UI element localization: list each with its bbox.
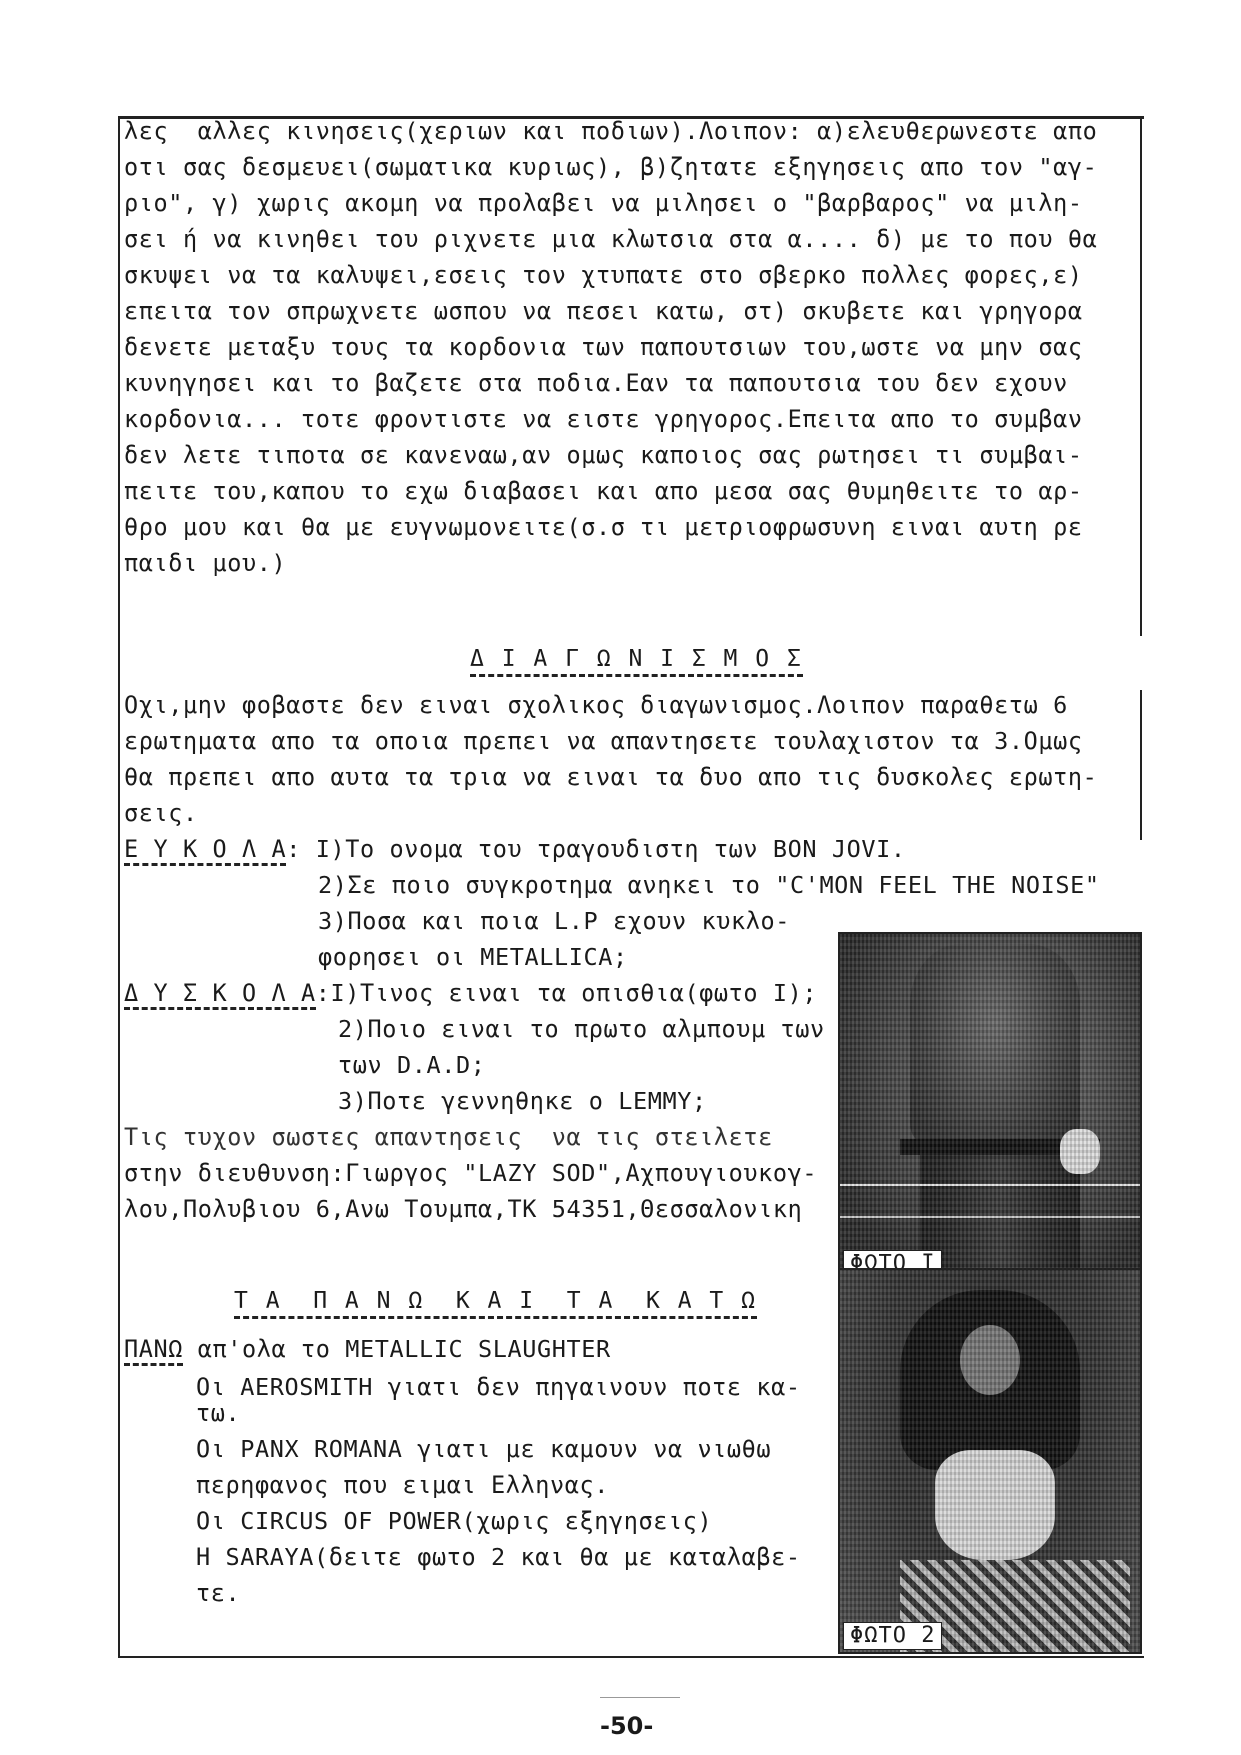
page-number: -50- [600, 1712, 653, 1740]
photo-texture [840, 1270, 1140, 1652]
text-line: δενετε μεταξυ τους τα κορδονια των παπου… [124, 332, 1083, 362]
hard-question-1: :I)Τινος ειναι τα οπισθια(φωτο I); [316, 979, 817, 1007]
photo-2 [838, 1268, 1142, 1654]
easy-question-2: 2)Σε ποιο συγκροτημα ανηκει το "C'MON FE… [318, 870, 1100, 900]
photo-texture [840, 934, 1140, 1282]
list-item: τε. [196, 1578, 240, 1608]
contest-heading: Δ Ι Α Γ Ω Ν Ι Σ Μ Ο Σ [470, 646, 803, 677]
easy-label: Ε Υ Κ Ο Λ Α [124, 835, 286, 866]
hard-question-2-cont: των D.A.D; [338, 1050, 485, 1080]
list-item: Οι CIRCUS OF POWER(χωρις εξηγησεις) [196, 1506, 712, 1536]
address-line: στην διευθυνση:Γιωργος "LAZY SOD",Αχπουγ… [124, 1158, 817, 1188]
tops-first-entry: απ'ολα το METALLIC SLAUGHTER [183, 1335, 611, 1363]
photo-2-caption: ΦΩΤΟ 2 [843, 1622, 942, 1650]
address-line: λου,Πολυβιου 6,Ανω Τουμπα,ΤΚ 54351,Θεσσα… [124, 1194, 802, 1224]
text-line: θρο μου και θα με ευγνωμονειτε(σ.σ τι με… [124, 512, 1083, 542]
text-line: λες αλλες κινησεις(χεριων και ποδιων).Λο… [124, 116, 1097, 146]
text-line: ριο", γ) χωρις ακομη να προλαβει να μιλη… [124, 188, 1083, 218]
frame-right-border [1140, 116, 1142, 636]
hard-question-2: 2)Ποιο ειναι το πρωτο αλμπουμ των [338, 1014, 825, 1044]
tops-heading: Τ Α Π Α Ν Ω Κ Α Ι Τ Α Κ Α Τ Ω [234, 1288, 757, 1319]
easy-questions: Ε Υ Κ Ο Λ Α: I)Το ονομα του τραγουδιστη … [124, 834, 906, 864]
text-line: κορδονια... τοτε φροντιστε να ειστε γρηγ… [124, 404, 1083, 434]
text-line: δεν λετε τιποτα σε κανεναω,αν ομως καποι… [124, 440, 1083, 470]
hard-questions: Δ Υ Σ Κ Ο Λ Α:I)Τινος ειναι τα οπισθια(φ… [124, 978, 817, 1008]
list-item: Οι PANX ROMANA γιατι με καμουν να νιωθω [196, 1434, 771, 1464]
list-item: Η SARAYA(δειτε φωτο 2 και θα με καταλαβε… [196, 1542, 801, 1572]
text-line: επειτα τον σπρωχνετε ωσπου να πεσει κατω… [124, 296, 1083, 326]
hard-question-3: 3)Ποτε γεννηθηκε ο LEMMY; [338, 1086, 707, 1116]
address-line: Τις τυχον σωστες απαντησεις να τις στειλ… [124, 1122, 773, 1152]
hard-label: Δ Υ Σ Κ Ο Λ Α [124, 979, 316, 1010]
list-item: περηφανος που ειμαι Ελληνας. [196, 1470, 609, 1500]
easy-question-3: 3)Ποσα και ποια L.P εχουν κυκλο- [318, 906, 790, 936]
text-line: Οχι,μην φοβαστε δεν ειναι σχολικος διαγω… [124, 690, 1068, 720]
frame-right-border [1140, 690, 1142, 840]
photo-1 [838, 932, 1142, 1284]
tops-label: ΠΑΝΩ [124, 1335, 183, 1366]
easy-question-3-cont: φορησει οι METALLICA; [318, 942, 628, 972]
text-line: θα πρεπει απο αυτα τα τρια να ειναι τα δ… [124, 762, 1097, 792]
text-line: κυνηγησει και το βαζετε στα ποδια.Εαν τα… [124, 368, 1068, 398]
list-item: τω. [196, 1398, 240, 1428]
text-line: ερωτηματα απο τα οποια πρεπει να απαντησ… [124, 726, 1083, 756]
page-number-rule [600, 1697, 680, 1698]
text-line: σεις. [124, 798, 198, 828]
tops-first-line: ΠΑΝΩ απ'ολα το METALLIC SLAUGHTER [124, 1334, 611, 1364]
easy-question-1: : I)Το ονομα του τραγουδιστη των BON JOV… [286, 835, 905, 863]
text-line: παιδι μου.) [124, 548, 286, 578]
text-line: οτι σας δεσμευει(σωματικα κυριως), β)ζητ… [124, 152, 1097, 182]
text-line: σει ή να κινηθει του ριχνετε μια κλωτσια… [124, 224, 1097, 254]
text-line: πειτε του,καπου το εχω διαβασει και απο … [124, 476, 1083, 506]
text-line: σκυψει να τα καλυψει,εσεις τον χτυπατε σ… [124, 260, 1083, 290]
list-item: Οι AEROSMITH γιατι δεν πηγαινουν ποτε κα… [196, 1372, 801, 1402]
